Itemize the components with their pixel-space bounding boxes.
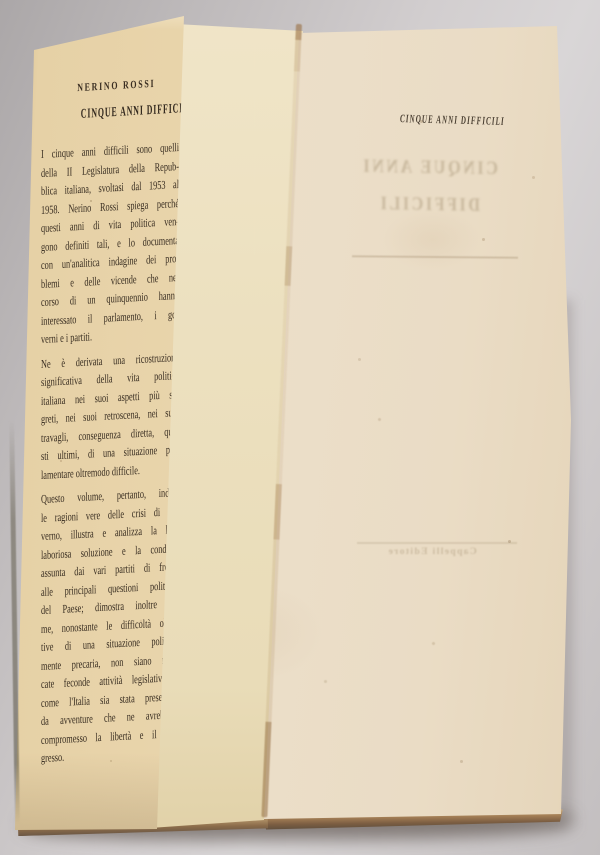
flap-blurb: I cinque anni difficili sono quellidella…: [41, 138, 179, 773]
flap-book-title: CINQUE ANNI DIFFICILI: [40, 100, 190, 124]
showthrough-rule-bottom: [357, 542, 517, 544]
flap-left-edge-shading: [9, 420, 20, 824]
flap-author-name: NERINO ROSSI: [46, 76, 186, 96]
showthrough-publisher-text: Cappelli Editore: [387, 547, 477, 557]
showthrough-title-line2-text: DIFFICILI: [378, 185, 480, 224]
showthrough-title-line: CINQUE ANNI: [348, 148, 510, 188]
half-title-heading: CINQUE ANNI DIFFICILI: [368, 112, 498, 128]
flap-title-text: CINQUE ANNI DIFFICILI: [81, 100, 194, 122]
blurb-paragraph: Questo volume, pertanto, indicale ragion…: [41, 483, 179, 767]
showthrough-title-line: DIFFICILI: [348, 185, 510, 225]
showthrough-publisher: Cappelli Editore: [372, 547, 492, 557]
book-photo: NERINO ROSSI CINQUE ANNI DIFFICILI I cin…: [0, 0, 600, 855]
flap-foxing-specks: [90, 200, 92, 202]
page-foxing-specks: [420, 120, 423, 123]
blurb-paragraph: Ne è derivata una ricostruzionesignifica…: [41, 348, 179, 484]
showthrough-title-line1-text: CINQUE ANNI: [360, 148, 497, 187]
showthrough-rule-top: [352, 255, 518, 258]
flap-author-text: NERINO ROSSI: [77, 78, 155, 94]
blurb-paragraph: I cinque anni difficili sono quellidella…: [41, 138, 179, 348]
half-title-heading-text: CINQUE ANNI DIFFICILI: [400, 113, 505, 128]
showthrough-title: CINQUE ANNI DIFFICILI: [348, 148, 510, 225]
